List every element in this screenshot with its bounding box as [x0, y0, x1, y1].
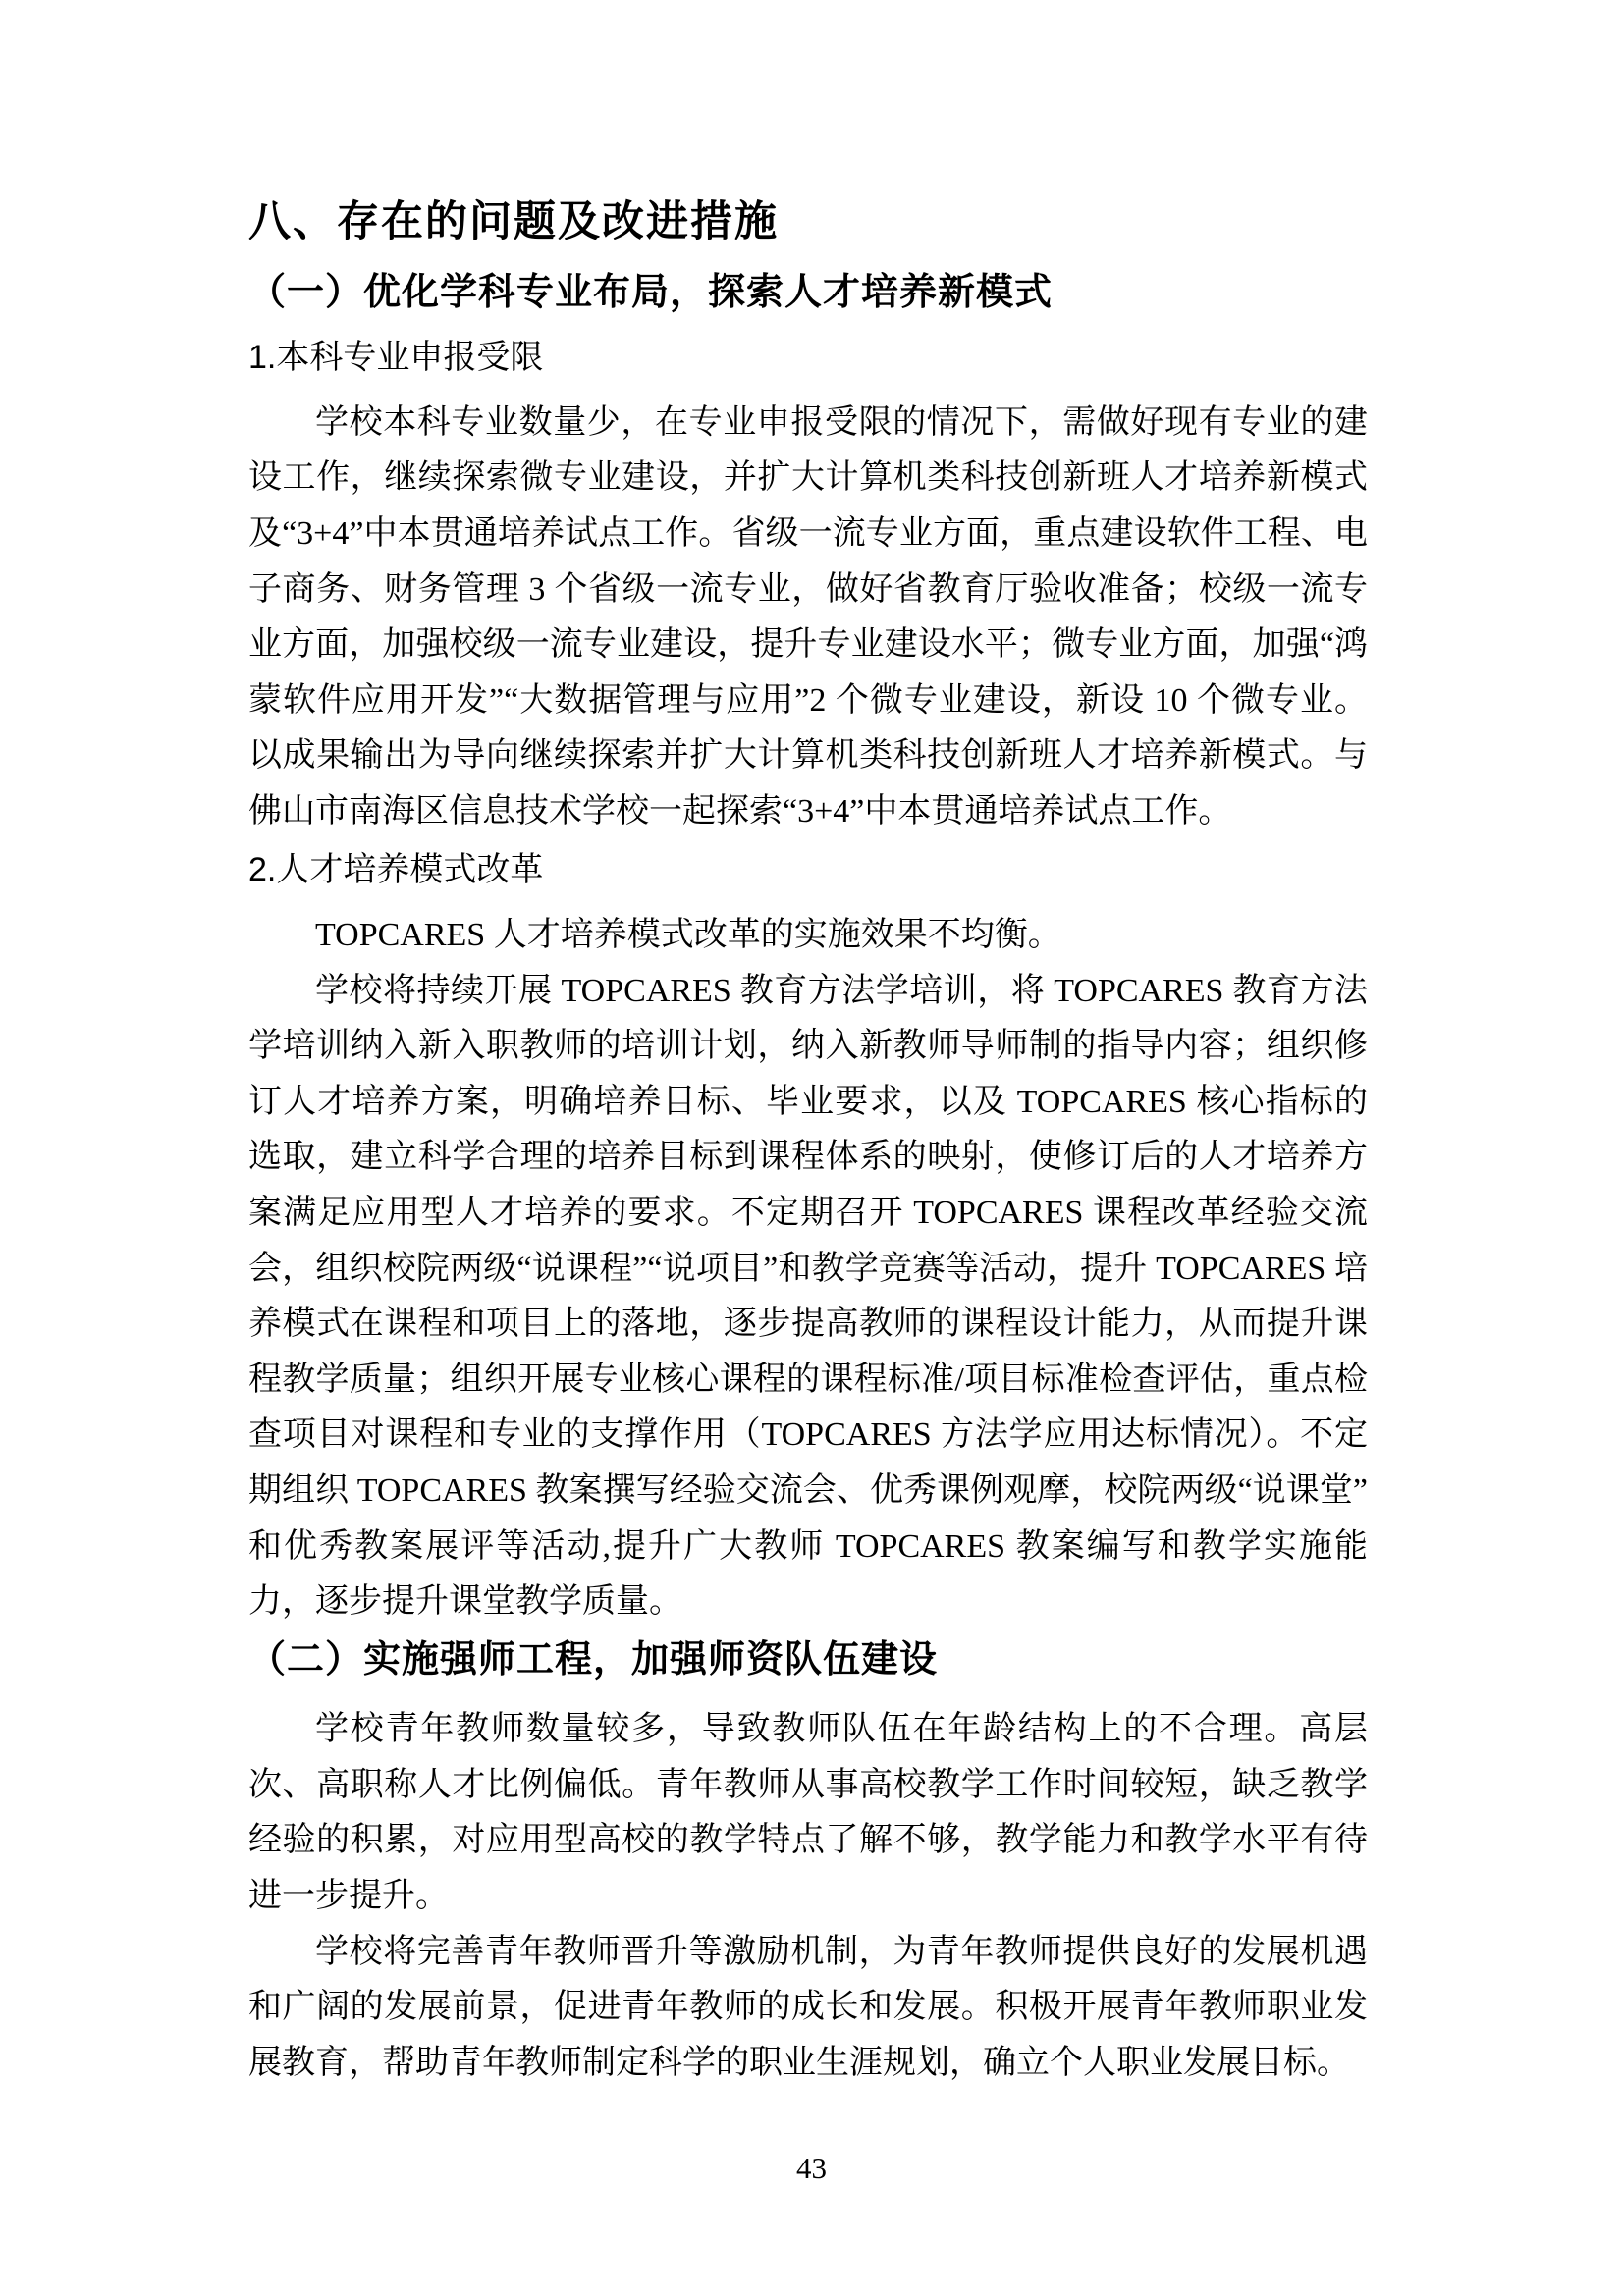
section-2-heading: （二）实施强师工程，加强师资队伍建设 — [248, 1636, 1368, 1684]
section-2-paragraph-1: 学校青年教师数量较多，导致教师队伍在年龄结构上的不合理。高层次、高职称人才比例偏… — [248, 1702, 1368, 1924]
page-content: 八、存在的问题及改进措施 （一）优化学科专业布局，探索人才培养新模式 1.本科专… — [248, 196, 1368, 2091]
section-2-paragraph-2: 学校将完善青年教师晋升等激励机制，为青年教师提供良好的发展机遇和广阔的发展前景，… — [248, 1925, 1368, 2092]
chapter-heading: 八、存在的问题及改进措施 — [248, 196, 1368, 249]
subsection-1-2-paragraph-2: 学校将持续开展 TOPCARES 教育方法学培训，将 TOPCARES 教育方法… — [248, 964, 1368, 1630]
subsection-1-1-paragraph: 学校本科专业数量少，在专业申报受限的情况下，需做好现有专业的建设工作，继续探索微… — [248, 396, 1368, 840]
section-1-heading: （一）优化学科专业布局，探索人才培养新模式 — [248, 269, 1368, 317]
page-footer: 43 — [0, 2150, 1623, 2186]
subsection-1-1-heading: 1.本科专业申报受限 — [248, 335, 1368, 382]
document-page: 八、存在的问题及改进措施 （一）优化学科专业布局，探索人才培养新模式 1.本科专… — [0, 0, 1623, 2296]
subsection-1-2-heading: 2.人才培养模式改革 — [248, 847, 1368, 894]
subsection-1-2-paragraph-1: TOPCARES 人才培养模式改革的实施效果不均衡。 — [248, 908, 1368, 964]
page-number: 43 — [796, 2151, 827, 2185]
